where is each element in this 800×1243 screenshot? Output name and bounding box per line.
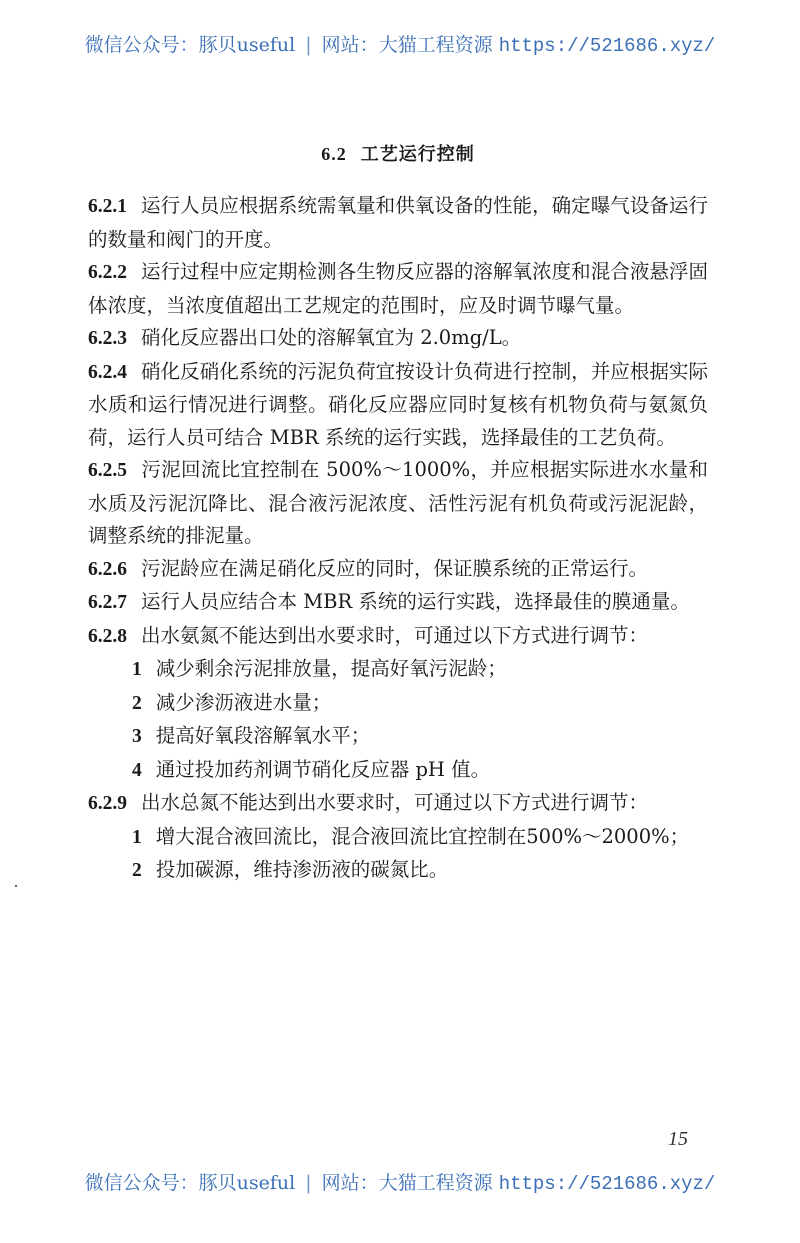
- clause-number: 6.2.5: [88, 460, 127, 481]
- clause-6-2-2: 6.2.2运行过程中应定期检测各生物反应器的溶解氧浓度和混合液悬浮固体浓度，当浓…: [88, 256, 708, 322]
- clause-text: 污泥回流比宜控制在 500%～1000%，并应根据实际进水水量和水质及污泥沉降比…: [88, 458, 708, 547]
- clause-number: 6.2.8: [88, 626, 127, 647]
- item-text: 提高好氧段溶解氧水平；: [156, 724, 371, 747]
- clause-6-2-4: 6.2.4硝化反硝化系统的污泥负荷宜按设计负荷进行控制，并应根据实际水质和运行情…: [88, 356, 708, 455]
- clause-text: 硝化反硝化系统的污泥负荷宜按设计负荷进行控制，并应根据实际水质和运行情况进行调整…: [88, 360, 708, 449]
- watermark-separator: |: [305, 1172, 311, 1194]
- clause-number: 6.2.1: [88, 196, 127, 217]
- scan-speck: [15, 885, 17, 887]
- clause-number: 6.2.4: [88, 362, 127, 383]
- clause-text: 出水氨氮不能达到出水要求时，可通过以下方式进行调节：: [141, 624, 648, 647]
- watermark-url[interactable]: https://521686.xyz/: [499, 1173, 716, 1195]
- clause-text: 硝化反应器出口处的溶解氧宜为 2.0mg/L。: [141, 326, 521, 349]
- list-item: 3提高好氧段溶解氧水平；: [88, 720, 708, 754]
- item-number: 4: [132, 760, 142, 781]
- item-text: 减少渗沥液进水量；: [156, 691, 332, 714]
- list-item: 1增大混合液回流比，混合液回流比宜控制在500%～2000%；: [88, 821, 708, 855]
- watermark-site-label: 网站：大猫工程资源: [322, 34, 493, 56]
- page-number: 15: [668, 1128, 688, 1151]
- clause-6-2-3: 6.2.3硝化反应器出口处的溶解氧宜为 2.0mg/L。: [88, 322, 708, 356]
- item-number: 1: [132, 827, 142, 848]
- clause-6-2-8: 6.2.8出水氨氮不能达到出水要求时，可通过以下方式进行调节：: [88, 620, 708, 654]
- clause-6-2-5: 6.2.5污泥回流比宜控制在 500%～1000%，并应根据实际进水水量和水质及…: [88, 454, 708, 553]
- watermark-wechat: 微信公众号：豚贝useful: [85, 1172, 296, 1194]
- item-number: 3: [132, 726, 142, 747]
- section-title: 6.2工艺运行控制: [88, 140, 708, 166]
- clause-6-2-6: 6.2.6污泥龄应在满足硝化反应的同时，保证膜系统的正常运行。: [88, 553, 708, 587]
- clause-6-2-9: 6.2.9出水总氮不能达到出水要求时，可通过以下方式进行调节：: [88, 787, 708, 821]
- item-number: 1: [132, 659, 142, 680]
- list-item: 2减少渗沥液进水量；: [88, 687, 708, 721]
- clause-text: 污泥龄应在满足硝化反应的同时，保证膜系统的正常运行。: [141, 557, 648, 580]
- clause-text: 运行过程中应定期检测各生物反应器的溶解氧浓度和混合液悬浮固体浓度，当浓度值超出工…: [88, 260, 708, 317]
- clause-text: 运行人员应结合本 MBR 系统的运行实践，选择最佳的膜通量。: [141, 590, 690, 613]
- clause-6-2-1: 6.2.1运行人员应根据系统需氧量和供氧设备的性能，确定曝气设备运行的数量和阀门…: [88, 190, 708, 256]
- item-text: 减少剩余污泥排放量，提高好氧污泥龄；: [156, 657, 507, 680]
- clause-text: 运行人员应根据系统需氧量和供氧设备的性能，确定曝气设备运行的数量和阀门的开度。: [88, 194, 708, 251]
- watermark-footer: 微信公众号：豚贝useful|网站：大猫工程资源 https://521686.…: [0, 1168, 800, 1195]
- list-item: 2投加碳源，维持渗沥液的碳氮比。: [88, 854, 708, 888]
- clause-number: 6.2.3: [88, 328, 127, 349]
- list-item: 4通过投加药剂调节硝化反应器 pH 值。: [88, 754, 708, 788]
- section-title-text: 工艺运行控制: [361, 144, 475, 165]
- item-number: 2: [132, 860, 142, 881]
- clause-number: 6.2.9: [88, 793, 127, 814]
- clause-number: 6.2.7: [88, 592, 127, 613]
- item-text: 投加碳源，维持渗沥液的碳氮比。: [156, 858, 449, 881]
- watermark-header: 微信公众号：豚贝useful|网站：大猫工程资源 https://521686.…: [0, 30, 800, 57]
- clause-number: 6.2.6: [88, 559, 127, 580]
- section-number: 6.2: [321, 144, 347, 164]
- item-text: 通过投加药剂调节硝化反应器 pH 值。: [156, 758, 490, 781]
- list-item: 1减少剩余污泥排放量，提高好氧污泥龄；: [88, 653, 708, 687]
- watermark-separator: |: [305, 34, 311, 56]
- clause-text: 出水总氮不能达到出水要求时，可通过以下方式进行调节：: [141, 791, 648, 814]
- document-page: 6.2工艺运行控制 6.2.1运行人员应根据系统需氧量和供氧设备的性能，确定曝气…: [88, 140, 708, 888]
- item-text: 增大混合液回流比，混合液回流比宜控制在500%～2000%；: [156, 825, 689, 848]
- watermark-url[interactable]: https://521686.xyz/: [499, 35, 716, 57]
- clause-number: 6.2.2: [88, 262, 127, 283]
- clause-6-2-7: 6.2.7运行人员应结合本 MBR 系统的运行实践，选择最佳的膜通量。: [88, 586, 708, 620]
- watermark-site-label: 网站：大猫工程资源: [322, 1172, 493, 1194]
- watermark-wechat: 微信公众号：豚贝useful: [85, 34, 296, 56]
- item-number: 2: [132, 693, 142, 714]
